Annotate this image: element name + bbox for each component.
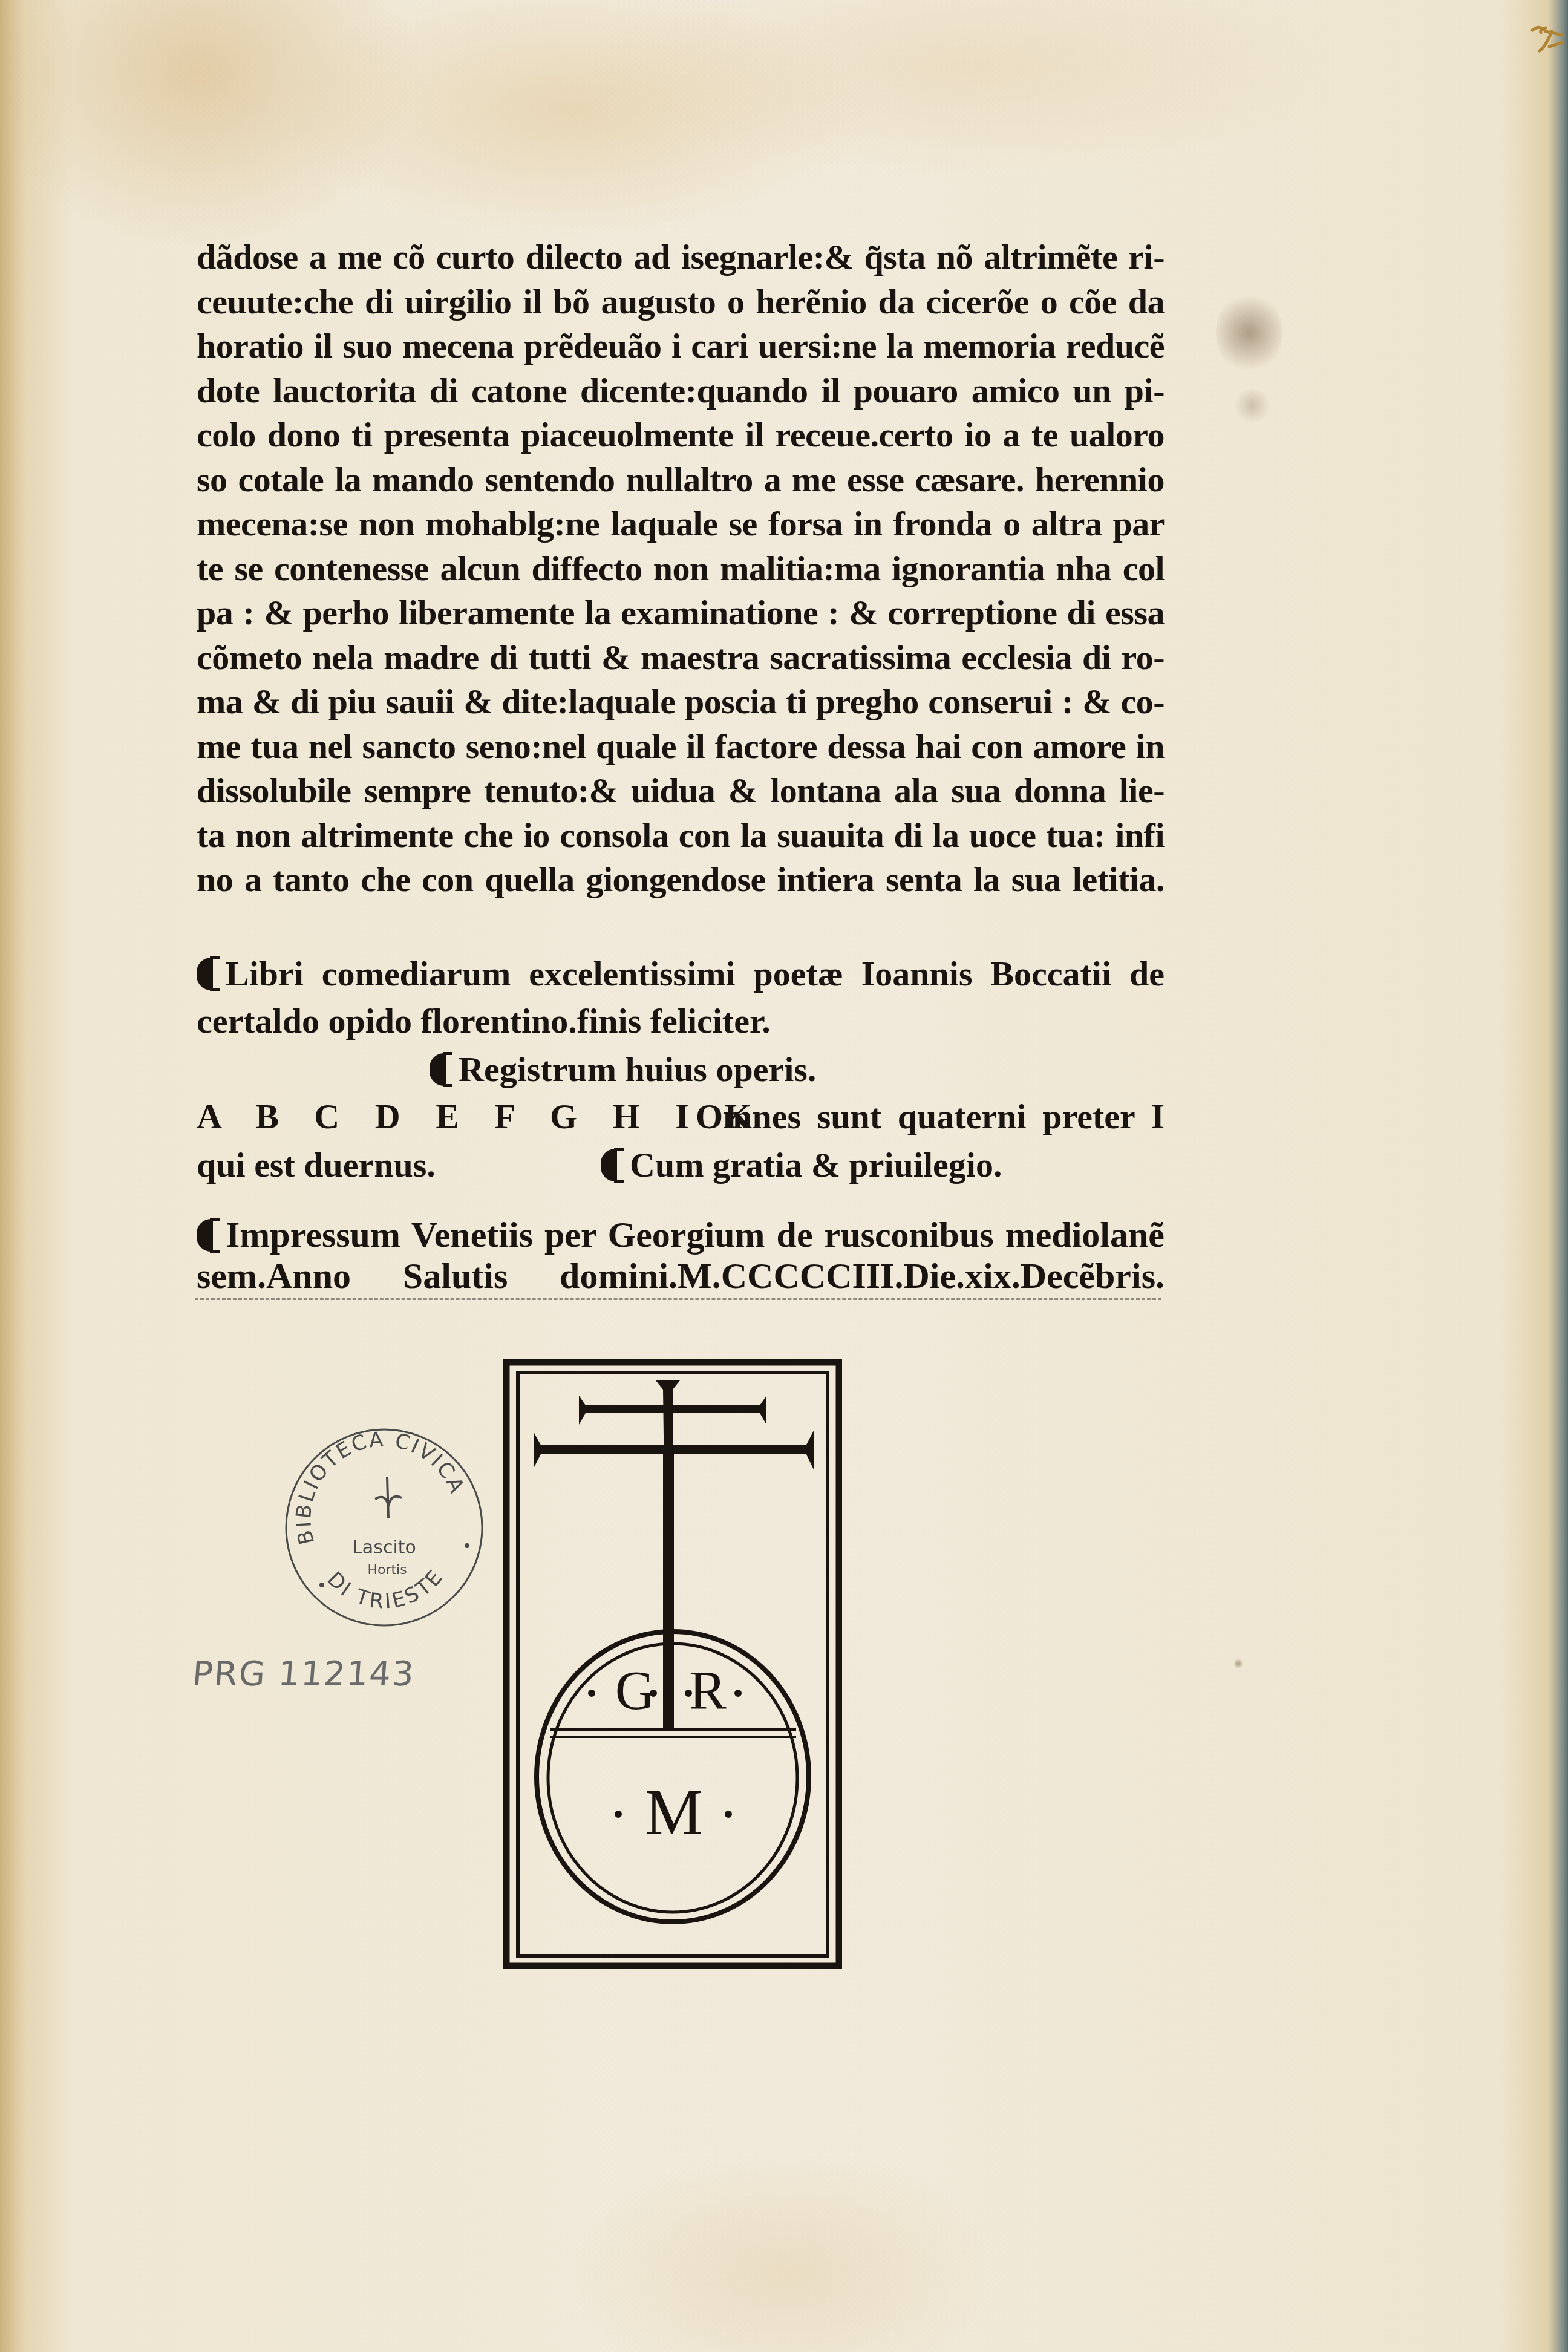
stamp-center-2: Hortis	[367, 1563, 407, 1578]
text-line: te se contenesse alcun diffecto non mali…	[197, 546, 1165, 591]
device-initial-r: R	[689, 1659, 727, 1721]
shelfmark: PRG 112143	[191, 1655, 416, 1694]
privilege-line: Cum gratia & priuilegio.	[601, 1141, 1002, 1189]
foxing-spot	[1216, 290, 1282, 375]
text-line: pa : & perho liberamente la examinatione…	[197, 590, 1165, 635]
registrum-note: Omnes sunt quaterni preter I	[696, 1093, 1165, 1141]
ink-flourish-icon	[1527, 13, 1564, 56]
text-line: so cotale la mando sentendo nullaltro a …	[197, 457, 1165, 502]
impressum-line: Impressum Venetiis per Georgium de rusco…	[197, 1213, 1165, 1256]
device-initial-m: M	[645, 1777, 703, 1849]
printer-device-woodcut: G R M	[503, 1359, 842, 1969]
pilcrow-icon	[601, 1148, 624, 1183]
colophon-line: Libri comediarum excelentissimi poetæ Io…	[197, 950, 1165, 998]
registrum-heading-text: Registrum huius operis.	[459, 1050, 816, 1089]
library-stamp: BIBLIOTECA CIVICA DI TRIESTE Lascito Hor…	[278, 1422, 490, 1633]
stamp-ring-top: BIBLIOTECA CIVICA	[292, 1427, 469, 1547]
manuscript-page: dãdose a me cõ curto dilecto ad isegnarl…	[0, 0, 1568, 2352]
registrum-line: A B C D E F G H I K Omnes sunt quaterni …	[197, 1093, 1165, 1141]
impressum-text: Impressum Venetiis per Georgium de rusco…	[226, 1215, 1165, 1255]
pilcrow-icon	[197, 1218, 220, 1253]
text-line: dote lauctorita di catone dicente:quando…	[197, 368, 1165, 413]
device-initial-g: G	[615, 1659, 655, 1721]
registrum-note-2: qui est duernus.	[197, 1141, 436, 1189]
text-line: dãdose a me cõ curto dilecto ad isegnarl…	[197, 235, 1165, 279]
pilcrow-icon	[197, 956, 220, 991]
registrum-heading: Registrum huius operis.	[430, 1045, 816, 1094]
impressum-line: sem.Anno Salutis domini.M.CCCCCIII.Die.x…	[197, 1254, 1165, 1298]
stamp-center-1: Lascito	[352, 1537, 416, 1558]
text-line: ta non altrimente che io consola con la …	[197, 813, 1165, 858]
text-line: mecena:se non mohablg:ne laquale se fors…	[197, 501, 1165, 546]
foxing-spot	[1234, 387, 1270, 423]
text-line: ceuute:che di uirgilio il bõ augusto o h…	[197, 279, 1165, 324]
text-line: horatio il suo mecena prẽdeuão i cari ue…	[197, 324, 1165, 368]
privilege-text: Cum gratia & priuilegio.	[630, 1145, 1002, 1184]
text-line: cõmeto nela madre di tutti & maestra sac…	[197, 635, 1165, 680]
colophon-title: Libri comediarum excelentissimi poetæ Io…	[226, 954, 1165, 993]
pilcrow-icon	[430, 1052, 452, 1087]
body-text: dãdose a me cõ curto dilecto ad isegnarl…	[197, 235, 1165, 902]
halberd-icon	[375, 1477, 402, 1518]
show-through-rule	[195, 1298, 1161, 1300]
text-line: colo dono ti presenta piaceuolmente il r…	[197, 413, 1165, 457]
text-line: no a tanto che con quella giongendose in…	[197, 857, 1165, 902]
svg-text:BIBLIOTECA CIVICA: BIBLIOTECA CIVICA	[292, 1427, 469, 1547]
foxing-spot	[1234, 1658, 1243, 1670]
text-line: ma & di piu sauii & dite:laquale poscia …	[197, 679, 1165, 724]
gathering-letters: A B C D E F G H I K	[197, 1097, 765, 1136]
text-line: me tua nel sancto seno:nel quale il fact…	[197, 724, 1165, 769]
text-line: dissolubile sempre tenuto:& uidua & lont…	[197, 768, 1165, 813]
printer-device: G R M	[503, 1359, 842, 1969]
colophon-line: certaldo opido florentino.finis felicite…	[197, 997, 771, 1045]
